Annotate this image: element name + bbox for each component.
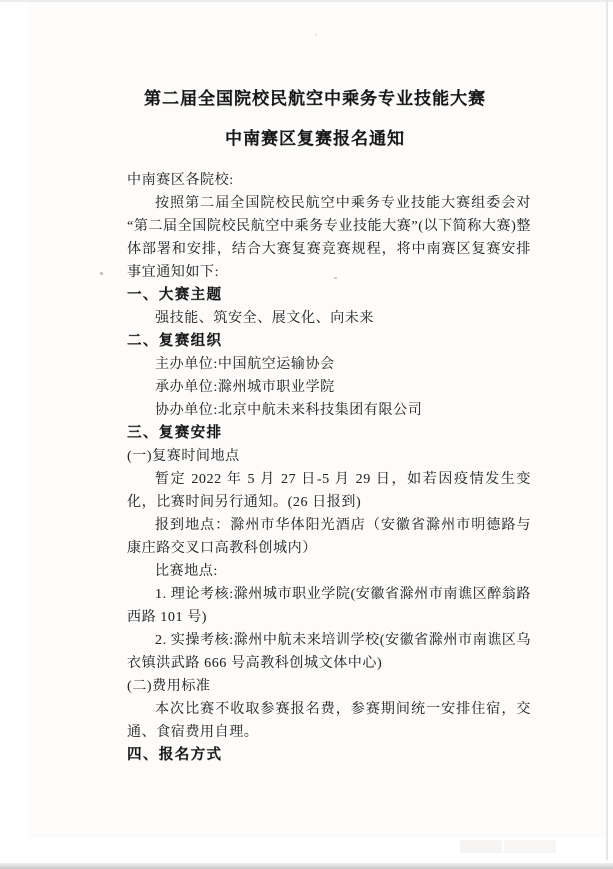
- document-title-line1: 第二届全国院校民航空中乘务专业技能大赛: [105, 88, 525, 110]
- document-title-line2: 中南赛区复赛报名通知: [105, 128, 525, 150]
- subsection-1-heading: (一)复赛时间地点: [127, 445, 531, 468]
- section-heading-2: 二、复赛组织: [127, 330, 531, 353]
- scan-smudge: [460, 840, 502, 853]
- theory-exam-paragraph: 1. 理论考核:滁州城市职业学院(安徽省滁州市南谯区醉翁路西路 101 号): [127, 583, 531, 629]
- salutation-line: 中南赛区各院校:: [127, 169, 531, 192]
- scan-edge-bottom: [0, 863, 613, 869]
- host-unit-line: 主办单位:中国航空运输协会: [127, 353, 531, 376]
- fee-paragraph: 本次比赛不收取参赛报名费，参赛期间统一安排住宿，交通、食宿费用自理。: [127, 698, 531, 744]
- section-heading-1: 一、大赛主题: [127, 284, 531, 307]
- scan-speck: [100, 272, 103, 275]
- time-paragraph: 暂定 2022 年 5 月 27 日-5 月 29 日，如若因疫情发生变化，比赛…: [127, 468, 531, 514]
- venue-label-line: 比赛地点:: [127, 560, 531, 583]
- scan-edge-top: [0, 0, 613, 2]
- subsection-2-heading: (二)费用标准: [127, 675, 531, 698]
- scan-speck: [315, 34, 317, 36]
- co-organizer-unit-line: 协办单位:北京中航未来科技集团有限公司: [127, 399, 531, 422]
- document-body: 中南赛区各院校: 按照第二届全国院校民航空中乘务专业技能大赛组委会对“第二届全国…: [127, 169, 531, 767]
- section-heading-3: 三、复赛安排: [127, 422, 531, 445]
- intro-paragraph: 按照第二届全国院校民航空中乘务专业技能大赛组委会对“第二届全国院校民航空中乘务专…: [127, 192, 531, 284]
- practical-exam-paragraph: 2. 实操考核:滁州中航未来培训学校(安徽省滁州市南谯区乌衣镇洪武路 666 号…: [127, 629, 531, 675]
- document-title: 第二届全国院校民航空中乘务专业技能大赛 中南赛区复赛报名通知: [105, 88, 525, 150]
- checkin-location-paragraph: 报到地点：滁州市华体阳光酒店（安徽省滁州市明德路与康庄路交叉口高教科创城内）: [127, 514, 531, 560]
- organizer-unit-line: 承办单位:滁州城市职业学院: [127, 376, 531, 399]
- theme-line: 强技能、筑安全、展文化、向未来: [127, 307, 531, 330]
- scan-smudge: [504, 840, 556, 853]
- section-heading-4: 四、报名方式: [127, 744, 531, 767]
- scan-edge-right: [606, 0, 608, 860]
- scanned-document-page: 第二届全国院校民航空中乘务专业技能大赛 中南赛区复赛报名通知 中南赛区各院校: …: [0, 0, 613, 869]
